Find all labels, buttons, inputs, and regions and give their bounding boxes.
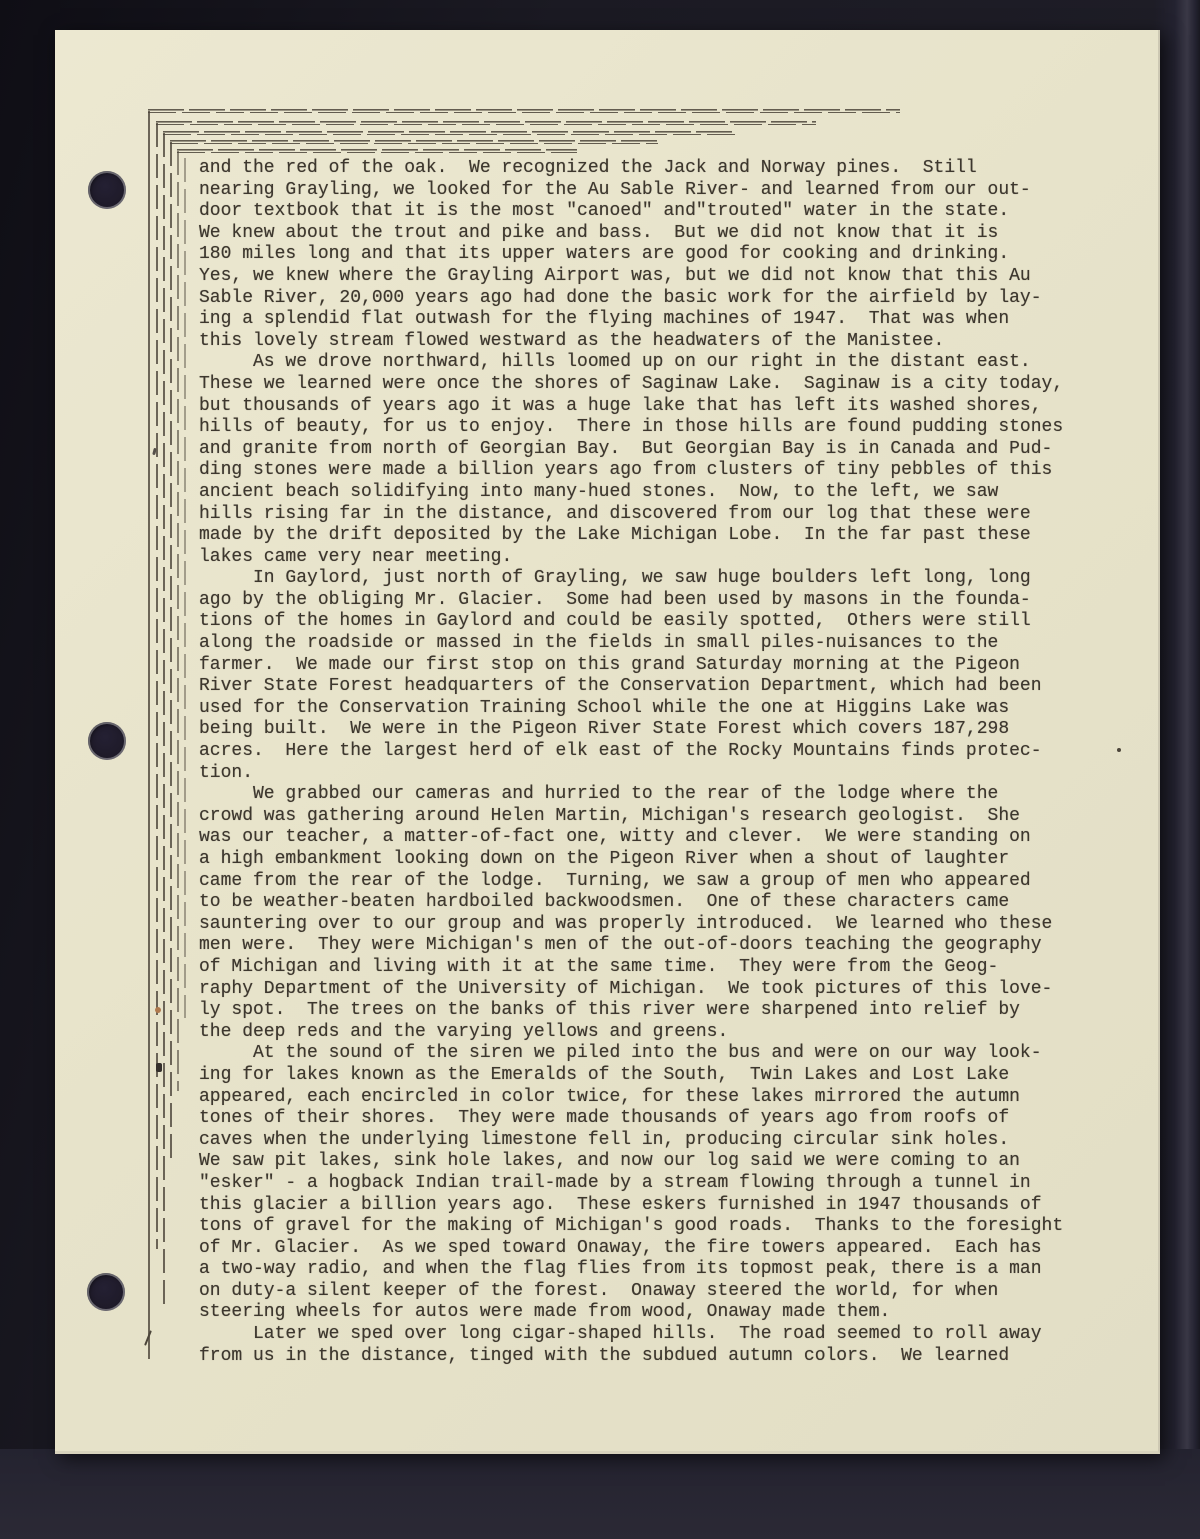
binder-edge-highlight [1154,0,1200,1539]
text-line: along the roadside or massed in the fiel… [199,633,1129,655]
text-line: We grabbed our cameras and hurried to th… [199,784,1129,806]
text-line: on duty-a silent keeper of the forest. O… [199,1281,1129,1303]
text-line: made by the drift deposited by the Lake … [199,525,1129,547]
typed-border-line [177,151,179,1091]
text-line: acres. Here the largest herd of elk east… [199,741,1129,763]
typewritten-text: and the red of the oak. We recognized th… [199,158,1129,1367]
text-line: In Gaylord, just north of Grayling, we s… [199,568,1129,590]
text-line: farmer. We made our first stop on this g… [199,655,1129,677]
text-line: this glacier a billion years ago. These … [199,1195,1129,1217]
text-line: ding stones were made a billion years ag… [199,460,1129,482]
typed-border-line [156,123,158,1249]
text-line: tion. [199,763,1129,785]
text-line: ancient beach solidifying into many-hued… [199,482,1129,504]
text-line: Yes, we knew where the Grayling Airport … [199,266,1129,288]
hole-punch-top [88,171,126,209]
text-line: Later we sped over long cigar-shaped hil… [199,1324,1129,1346]
text-line: from us in the distance, tinged with the… [199,1346,1129,1368]
text-line: of Mr. Glacier. As we sped toward Onaway… [199,1238,1129,1260]
typed-border-line [156,121,816,125]
hole-punch-middle [88,722,126,760]
text-line: of Michigan and living with it at the sa… [199,957,1129,979]
text-line: sauntering over to our group and was pro… [199,914,1129,936]
text-line: ing a splendid flat outwash for the flyi… [199,309,1129,331]
typed-border-line [148,109,900,113]
text-line: ing for lakes known as the Emeralds of t… [199,1065,1129,1087]
text-line: River State Forest headquarters of the C… [199,676,1129,698]
typed-border-line [184,158,186,1018]
text-line: tons of gravel for the making of Michiga… [199,1216,1129,1238]
text-line: used for the Conservation Training Schoo… [199,698,1129,720]
text-line: door textbook that it is the most "canoe… [199,201,1129,223]
text-line: tions of the homes in Gaylord and could … [199,611,1129,633]
typed-border-line [170,142,172,1162]
hole-punch-bottom [87,1273,125,1311]
typed-border-line [177,149,577,153]
text-line: At the sound of the siren we piled into … [199,1043,1129,1065]
text-line: came from the rear of the lodge. Turning… [199,871,1129,893]
typed-border-line [163,133,165,1307]
text-line: the deep reds and the varying yellows an… [199,1022,1129,1044]
text-line: and the red of the oak. We recognized th… [199,158,1129,180]
scanned-document-photo: { "colors": { "bg": "#1a1922", "paper": … [0,0,1200,1539]
text-line: hills of beauty, for us to enjoy. There … [199,417,1129,439]
text-line: ly spot. The trees on the banks of this … [199,1000,1129,1022]
text-line: being built. We were in the Pigeon River… [199,719,1129,741]
text-line: steering wheels for autos were made from… [199,1302,1129,1324]
text-line: to be weather-beaten hardboiled backwood… [199,892,1129,914]
text-line: nearing Grayling, we looked for the Au S… [199,180,1129,202]
scan-speck [1117,748,1121,752]
text-line: men were. They were Michigan's men of th… [199,935,1129,957]
text-line: These we learned were once the shores of… [199,374,1129,396]
scan-speck [156,1063,162,1072]
text-line: a two-way radio, and when the flag flies… [199,1259,1129,1281]
text-line: As we drove northward, hills loomed up o… [199,352,1129,374]
typed-border-line [148,111,150,1359]
text-line: Sable River, 20,000 years ago had done t… [199,288,1129,310]
text-line: raphy Department of the University of Mi… [199,979,1129,1001]
text-line: lakes came very near meeting. [199,547,1129,569]
text-line: tones of their shores. They were made th… [199,1108,1129,1130]
typed-border-line [163,131,735,135]
text-line: caves when the underlying limestone fell… [199,1130,1129,1152]
text-line: was our teacher, a matter-of-fact one, w… [199,827,1129,849]
text-line: We saw pit lakes, sink hole lakes, and n… [199,1151,1129,1173]
text-line: 180 miles long and that its upper waters… [199,244,1129,266]
text-line: We knew about the trout and pike and bas… [199,223,1129,245]
text-line: a high embankment looking down on the Pi… [199,849,1129,871]
text-line: and granite from north of Georgian Bay. … [199,439,1129,461]
text-line: "esker" - a hogback Indian trail-made by… [199,1173,1129,1195]
text-line: appeared, each encircled in color twice,… [199,1087,1129,1109]
text-line: but thousands of years ago it was a huge… [199,396,1129,418]
text-line: this lovely stream flowed westward as th… [199,331,1129,353]
paper-page: and the red of the oak. We recognized th… [55,30,1160,1454]
background-bottom-shade [0,1449,1200,1539]
scan-speck [155,1007,161,1013]
text-line: hills rising far in the distance, and di… [199,504,1129,526]
text-line: crowd was gathering around Helen Martin,… [199,806,1129,828]
text-line: ago by the obliging Mr. Glacier. Some ha… [199,590,1129,612]
typed-border-line [170,140,658,144]
